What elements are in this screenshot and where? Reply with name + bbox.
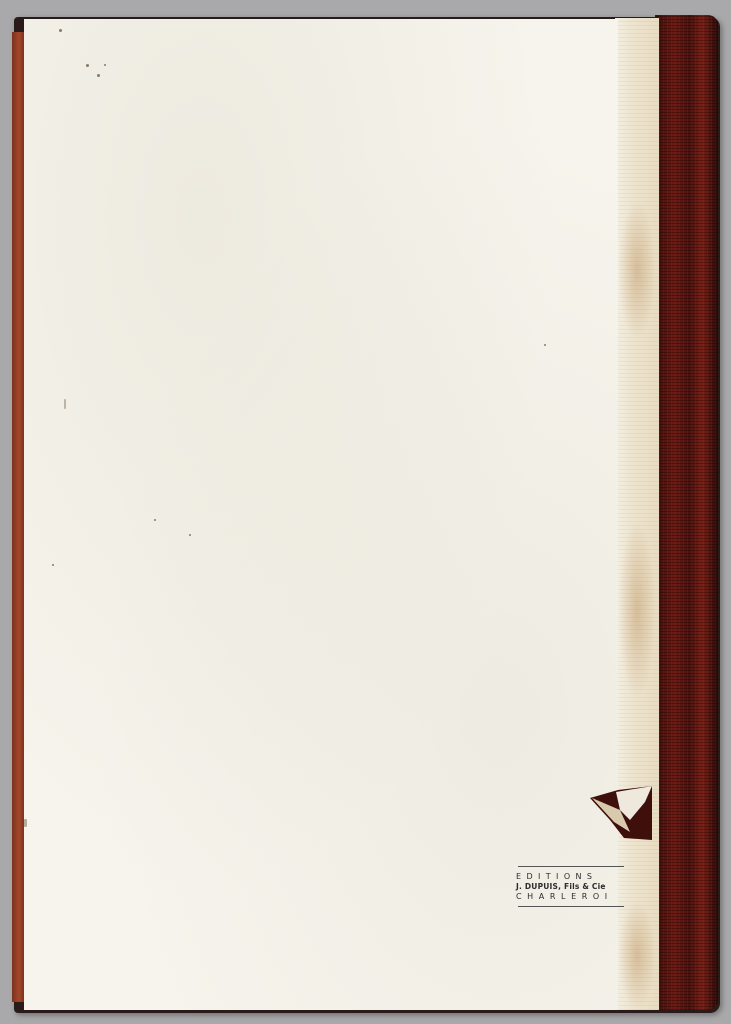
- speck: [52, 564, 54, 566]
- imprint-publisher-name: J. DUPUIS, Fils & Cie: [516, 882, 626, 892]
- speck: [189, 534, 191, 536]
- imprint-city: CHARLEROI: [516, 892, 626, 902]
- speck: [97, 74, 100, 77]
- speck: [544, 344, 546, 346]
- speck: [59, 29, 62, 32]
- stain: [618, 520, 656, 700]
- speck: [64, 399, 66, 409]
- stain: [618, 900, 656, 1010]
- publisher-imprint: EDITIONS J. DUPUIS, Fils & Cie CHARLEROI: [516, 866, 626, 907]
- cover-paper: [24, 19, 618, 1010]
- stain: [618, 200, 656, 340]
- imprint-bottom-rule: [518, 906, 624, 907]
- imprint-editions: EDITIONS: [516, 872, 626, 882]
- book-back-cover-photo: EDITIONS J. DUPUIS, Fils & Cie CHARLEROI: [0, 0, 731, 1024]
- imprint-top-rule: [518, 866, 624, 867]
- speck: [154, 519, 156, 521]
- speck: [86, 64, 89, 67]
- speck: [24, 819, 27, 827]
- spine-paper-strip: [615, 18, 659, 1010]
- cloth-spine: [655, 15, 718, 1010]
- speck: [104, 64, 106, 66]
- torn-corner: [590, 780, 660, 840]
